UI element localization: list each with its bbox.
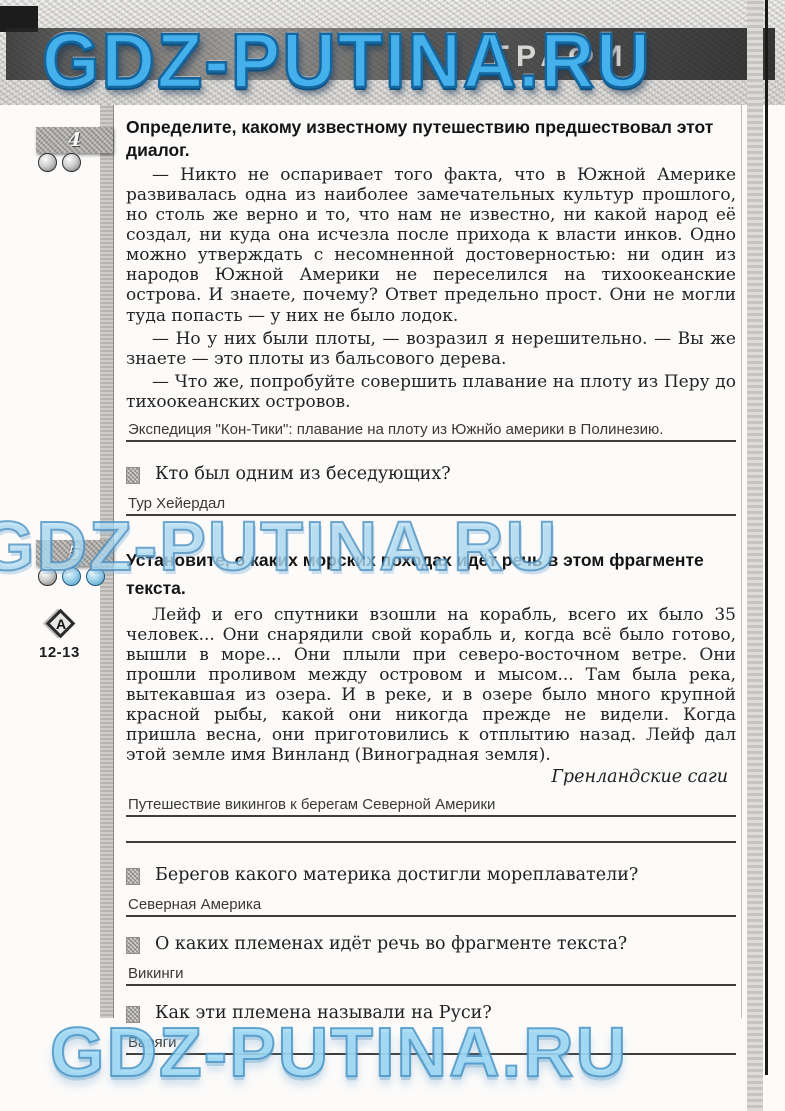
task-4-number: 4 bbox=[68, 129, 81, 151]
question-text: О каких племенах идёт речь во фрагменте … bbox=[155, 934, 627, 956]
content-column: Определите, какому известному путешестви… bbox=[126, 116, 736, 1055]
difficulty-dot-icon bbox=[62, 153, 81, 172]
task-4-difficulty-dots bbox=[38, 153, 81, 172]
difficulty-dot-icon bbox=[86, 567, 105, 586]
task-5-answer: Путешествие викингов к берегам Северной … bbox=[126, 796, 736, 817]
difficulty-dot-icon bbox=[38, 153, 57, 172]
task-5-paragraph: Лейф и его спутники взошли на корабль, в… bbox=[126, 605, 736, 765]
header-scan-band: ГРАФИ bbox=[0, 0, 785, 105]
question-answer: Северная Америка bbox=[126, 896, 736, 917]
question-answer: Варяги bbox=[126, 1034, 736, 1055]
atlas-icon-letter: А bbox=[44, 616, 78, 632]
question-answer: Тур Хейердал bbox=[126, 495, 736, 516]
question-marker-icon bbox=[126, 937, 140, 954]
question-row: Кто был одним из беседующих? bbox=[126, 464, 736, 486]
question-marker-icon bbox=[126, 868, 140, 885]
question-marker-icon bbox=[126, 1006, 140, 1023]
task-4-paragraph: — Но у них были плоты, — возразил я нере… bbox=[126, 329, 736, 369]
question-text: Кто был одним из беседующих? bbox=[155, 464, 451, 486]
question-row: О каких племенах идёт речь во фрагменте … bbox=[126, 934, 736, 956]
question-row: Берегов какого материка достигли морепла… bbox=[126, 865, 736, 887]
question-marker-icon bbox=[126, 467, 140, 484]
chapter-title-bar bbox=[6, 28, 775, 80]
right-outer-rule bbox=[765, 0, 768, 1075]
task-4-answer: Экспедиция "Кон-Тики": плавание на плоту… bbox=[126, 421, 736, 442]
right-inner-rule bbox=[741, 105, 742, 1018]
atlas-page-reference: 12-13 bbox=[39, 644, 80, 661]
task-4-title: Определите, какому известному путешестви… bbox=[126, 116, 736, 162]
workbook-page: ГРАФИ GDZ-PUTINA.RU GDZ-PUTINA.RU GDZ-PU… bbox=[0, 0, 785, 1111]
source-attribution: Гренландские саги bbox=[126, 767, 736, 787]
task-5-number: 5 bbox=[68, 542, 81, 564]
task-4-number-badge: 4 bbox=[36, 127, 113, 153]
difficulty-dot-icon bbox=[38, 567, 57, 586]
question-text: Берегов какого материка достигли морепла… bbox=[155, 865, 638, 887]
difficulty-dot-icon bbox=[62, 567, 81, 586]
atlas-icon: А bbox=[44, 608, 78, 642]
task-5-difficulty-dots bbox=[38, 567, 105, 586]
task-5-number-badge: 5 bbox=[36, 540, 113, 566]
task-4-paragraph: — Что же, попробуйте совершить плавание … bbox=[126, 372, 736, 412]
question-text: Как эти племена называли на Руси? bbox=[155, 1003, 492, 1025]
empty-answer-rule bbox=[126, 841, 736, 843]
chapter-title-fragment: ГРАФИ bbox=[492, 40, 629, 74]
task-5-title: Установите, о каких морских походах идёт… bbox=[126, 546, 736, 602]
question-answer: Викинги bbox=[126, 965, 736, 986]
question-row: Как эти племена называли на Руси? bbox=[126, 1003, 736, 1025]
right-page-edge bbox=[747, 0, 763, 1111]
task-4-paragraph: — Никто не оспаривает того факта, что в … bbox=[126, 165, 736, 325]
